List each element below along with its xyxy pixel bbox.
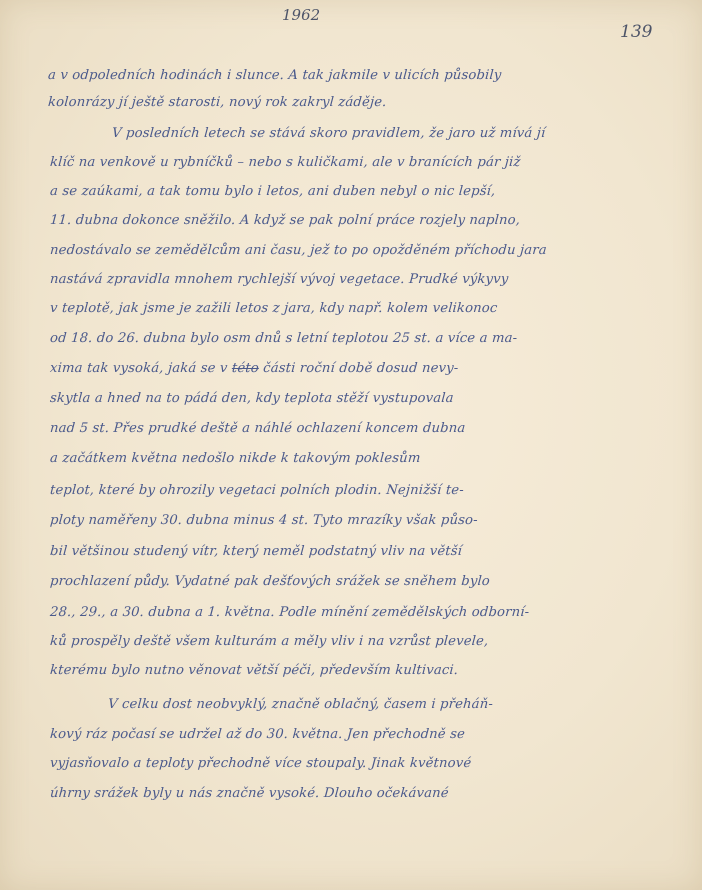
- struck-word: této: [231, 361, 259, 376]
- text-line: v teplotě, jak jsme je zažili letos z ja…: [49, 301, 497, 316]
- manuscript-page: 1962 139 a v odpoledních hodinách i slun…: [0, 0, 702, 890]
- text-line: nastává zpravidla mnohem rychlejší vývoj…: [49, 272, 508, 287]
- text-line: teplot, které by ohrozily vegetaci polní…: [49, 483, 464, 498]
- text-line: vyjasňovalo a teploty přechodně více sto…: [49, 756, 471, 771]
- text-line: ků prospěly deště všem kulturám a měly v…: [49, 634, 488, 649]
- text-line: nad 5 st. Přes prudké deště a náhlé ochl…: [49, 421, 465, 436]
- text-line: skytla a hned na to pádá den, kdy teplot…: [49, 391, 454, 406]
- text-line: a se zaúkami, a tak tomu bylo i letos, a…: [49, 184, 495, 199]
- text-line: kolonrázy jí ještě starosti, nový rok za…: [47, 95, 387, 110]
- year-heading: 1962: [282, 6, 320, 24]
- text-line: xima tak vysoká, jaká se v této části ro…: [49, 361, 458, 376]
- text-line: kterému bylo nutno věnovat větší péči, p…: [49, 663, 458, 678]
- text-line: 28., 29., a 30. dubna a 1. května. Podle…: [49, 605, 529, 620]
- text-line: úhrny srážek byly u nás značně vysoké. D…: [49, 786, 449, 801]
- text-line: V posledních letech se stává skoro pravi…: [111, 126, 545, 141]
- text-line: klíč na venkově u rybníčků – nebo s kuli…: [49, 155, 521, 170]
- text-line: a v odpoledních hodinách i slunce. A tak…: [47, 68, 501, 83]
- text-line: 11. dubna dokonce sněžilo. A když se pak…: [49, 213, 520, 228]
- text-line: bil většinou studený vítr, který neměl p…: [49, 544, 462, 559]
- page-number: 139: [620, 22, 652, 42]
- text-line: prochlazení půdy. Vydatné pak dešťových …: [49, 574, 490, 589]
- text-line: V celku dost neobvyklý, značně oblačný, …: [107, 697, 493, 712]
- text-line: a začátkem května nedošlo nikde k takový…: [49, 451, 421, 466]
- text-line: ploty naměřeny 30. dubna minus 4 st. Tyt…: [49, 513, 478, 528]
- text-line: od 18. do 26. dubna bylo osm dnů s letní…: [49, 331, 517, 346]
- text-line: nedostávalo se zemědělcům ani času, jež …: [49, 243, 547, 258]
- text-line: kový ráz počasí se udržel až do 30. květ…: [49, 727, 465, 742]
